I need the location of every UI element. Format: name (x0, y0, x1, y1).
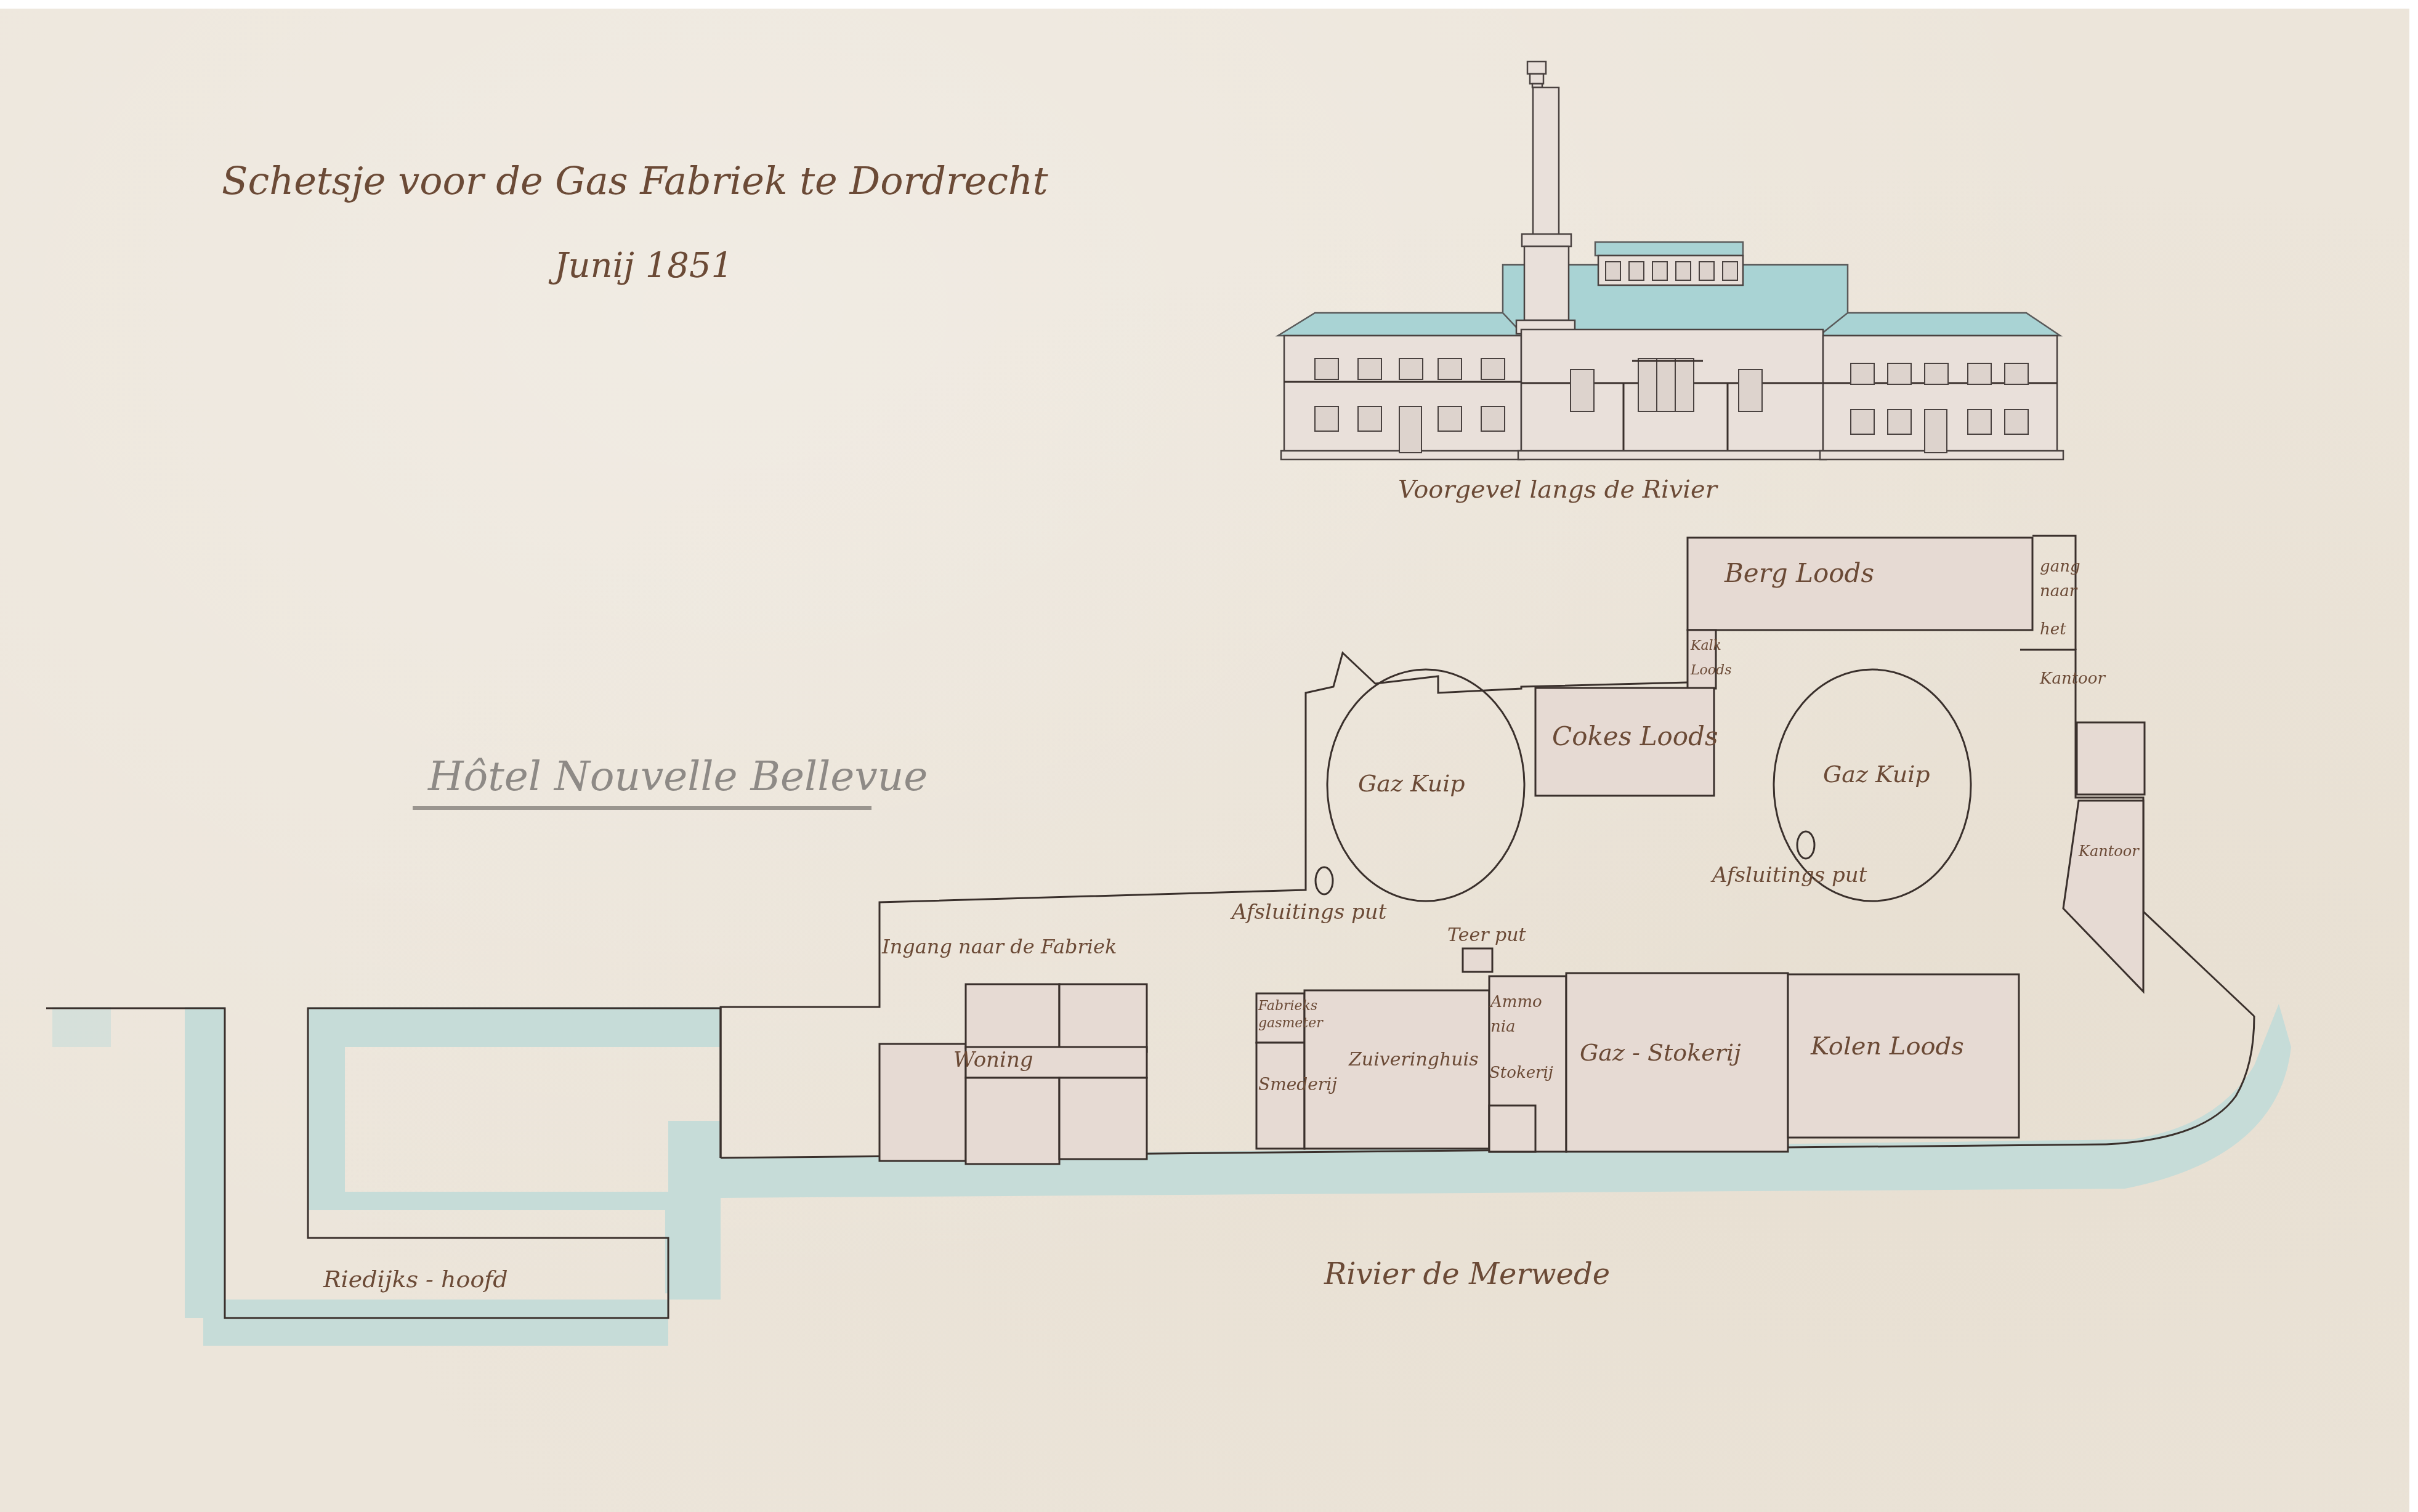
label-gaz-stokerij: Gaz - Stokerij (1580, 1039, 1741, 1066)
label-ammonia-2: nia (1490, 1017, 1516, 1036)
label-afsluitings-put-left: Afsluitings put (1230, 900, 1387, 924)
label-fabrieks: Fabrieks (1258, 998, 1317, 1014)
label-ammonia-1: Ammo (1489, 993, 1542, 1011)
date-text: Junij 1851 (548, 246, 733, 286)
label-gang: gang (2040, 557, 2080, 576)
label-woning: Woning (953, 1048, 1033, 1072)
label-smederij: Smederij (1258, 1074, 1337, 1094)
title-text: Schetsje voor de Gas Fabriek te Dordrech… (222, 158, 1048, 203)
label-rivier: Rivier de Merwede (1324, 1257, 1610, 1292)
label-ingang: Ingang naar de Fabriek (881, 935, 1117, 958)
label-cokes-loods: Cokes Loods (1552, 721, 1718, 751)
label-kalk: Kalk (1690, 638, 1721, 653)
elevation-caption: Voorgevel langs de Rivier (1398, 475, 1719, 504)
label-ammonia-stokerij: Stokerij (1489, 1064, 1553, 1082)
label-kantoor: Kantoor (2078, 843, 2140, 860)
label-teer-put: Teer put (1447, 924, 1527, 946)
facade-elevation (1278, 62, 2063, 459)
label-afsluitings-put-right: Afsluitings put (1710, 863, 1867, 887)
label-het: het (2040, 620, 2066, 639)
drawing-canvas: Schetsje voor de Gas Fabriek te Dordrech… (0, 0, 2418, 1512)
label-kolen-loods: Kolen Loods (1810, 1032, 1964, 1061)
label-naar: naar (2040, 582, 2078, 600)
label-kalk-loods: Loods (1690, 663, 1731, 678)
label-zuiveringhuis: Zuiveringhuis (1348, 1049, 1479, 1070)
hotel-label: Hôtel Nouvelle Bellevue (427, 753, 928, 800)
label-berg-loods: Berg Loods (1724, 558, 1874, 588)
label-gaz-kuip-right: Gaz Kuip (1823, 761, 1930, 788)
scanned-sheet: Schetsje voor de Gas Fabriek te Dordrech… (0, 0, 2418, 1512)
label-kantoor-gang: Kantoor (2039, 669, 2106, 688)
label-gasmeter: gasmeter (1258, 1016, 1324, 1031)
label-gaz-kuip-left: Gaz Kuip (1358, 770, 1465, 797)
label-riedijks-hoofd: Riedijks - hoofd (323, 1266, 508, 1293)
